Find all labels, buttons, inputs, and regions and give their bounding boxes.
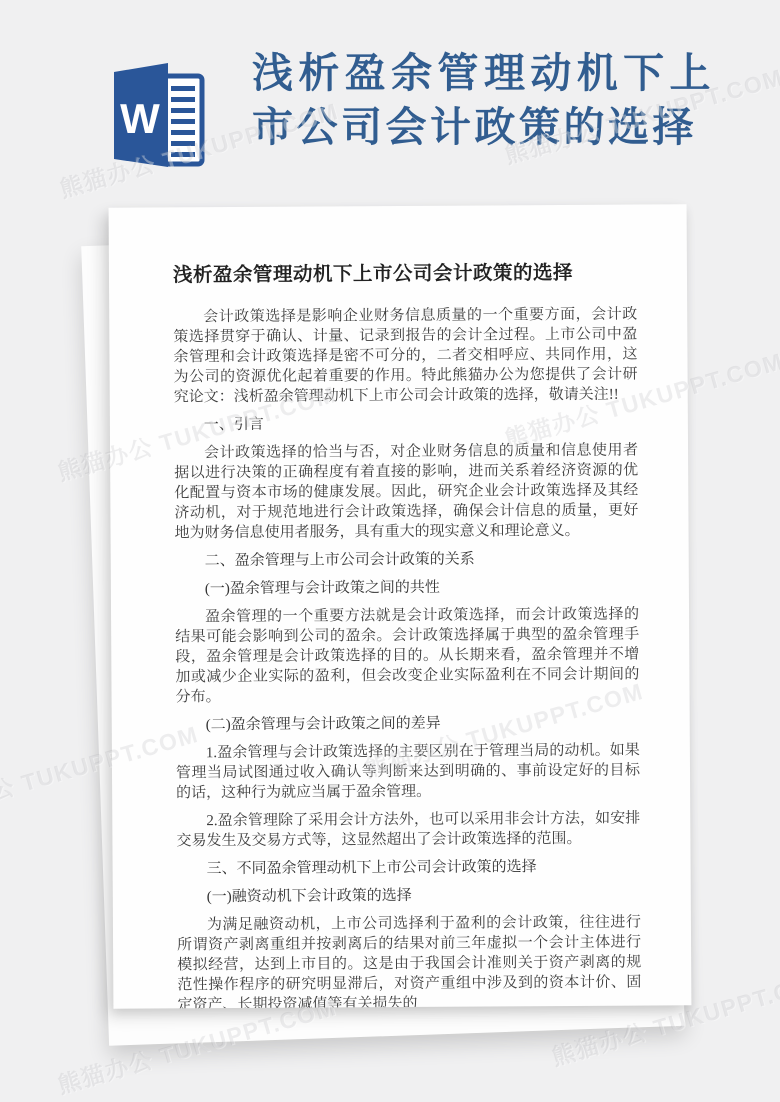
- document-title: 浅析盈余管理动机下上市公司会计政策的选择: [173, 257, 637, 288]
- document-sheet: 浅析盈余管理动机下上市公司会计政策的选择 会计政策选择是影响企业财务信息质量的一…: [109, 204, 692, 1009]
- header: W 浅析盈余管理动机下上市公司会计政策的选择: [0, 0, 780, 200]
- word-document-icon: W: [110, 60, 205, 170]
- section-heading: (一)盈余管理与会计政策之间的共性: [175, 577, 639, 600]
- body-paragraph: 2.盈余管理除了采用会计方法外，也可以采用非会计方法，如安排交易发生及交易方式等…: [176, 809, 640, 852]
- body-paragraph: 盈余管理的一个重要方法就是会计政策选择，而会计政策选择的结果可能会影响到公司的盈…: [175, 605, 640, 708]
- section-heading: (二)盈余管理与会计政策之间的差异: [176, 713, 640, 736]
- body-paragraph: 会计政策选择的恰当与否，对企业财务信息的质量和信息使用者据以进行决策的正确程度有…: [174, 441, 639, 544]
- section-heading: (一)融资动机下会计政策的选择: [177, 885, 641, 908]
- section-heading: 三、不同盈余管理动机下上市公司会计政策的选择: [177, 857, 641, 880]
- preview-canvas: W 浅析盈余管理动机下上市公司会计政策的选择 浅析盈余管理动机下上市公司会计政策…: [0, 0, 780, 1102]
- body-paragraph: 1.盈余管理与会计政策选择的主要区别在于管理当局的动机。如果管理当局试图通过收入…: [176, 741, 640, 804]
- body-paragraph: 为满足融资动机，上市公司选择利于盈利的会计政策，往往进行所谓资产剥离重组并按剥离…: [177, 913, 642, 1009]
- section-heading: 一、引言: [174, 413, 638, 436]
- page-title: 浅析盈余管理动机下上市公司会计政策的选择: [252, 46, 714, 154]
- section-heading: 二、盈余管理与上市公司会计政策的关系: [175, 549, 639, 572]
- document-body: 会计政策选择是影响企业财务信息质量的一个重要方面，会计政策选择贯穿于确认、计量、…: [173, 305, 641, 1009]
- svg-text:W: W: [120, 95, 160, 142]
- body-paragraph: 会计政策选择是影响企业财务信息质量的一个重要方面，会计政策选择贯穿于确认、计量、…: [173, 305, 638, 408]
